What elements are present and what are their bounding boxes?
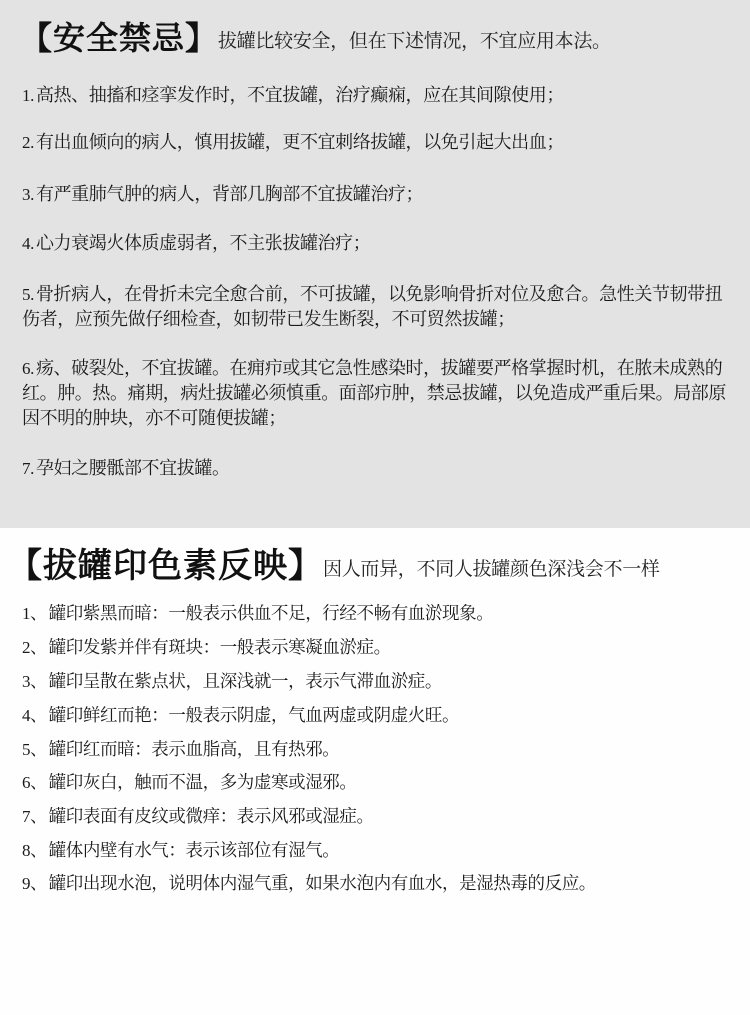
list-item: 6.疡、破裂处，不宜拔罐。在痈疖或其它急性感染时，拔罐要严格掌握时机，在脓未成熟… (22, 356, 737, 431)
item-text: 心力衰竭火体质虚弱者，不主张拔罐治疗； (36, 233, 370, 254)
list-item: 8、罐体内壁有水气：表示该部位有湿气。 (22, 839, 742, 863)
item-text: 高热、抽搐和痉挛发作时，不宜拔罐，治疗癫痫，应在其间隙使用； (36, 85, 564, 106)
list-item: 3、罐印呈散在紫点状，且深浅就一，表示气滞血淤症。 (22, 670, 742, 694)
item-number: 7. (22, 459, 34, 478)
item-text: 有严重肺气肿的病人，背部几胸部不宜拔罐治疗； (36, 184, 423, 205)
item-number: 3、 (22, 672, 47, 691)
list-item: 2.有出血倾向的病人，慎用拔罐，更不宜刺络拔罐，以免引起大出血； (22, 130, 737, 155)
list-item: 3.有严重肺气肿的病人，背部几胸部不宜拔罐治疗； (22, 182, 737, 207)
item-number: 3. (22, 185, 34, 204)
item-text: 罐印紫黑而暗：一般表示供血不足，行经不畅有血淤现象。 (49, 604, 494, 624)
section-title: 【拔罐印色素反映】 (8, 546, 323, 586)
safety-contraindications-section: 【安全禁忌】 拔罐比较安全，但在下述情况，不宜应用本法。 1.高热、抽搐和痉挛发… (0, 0, 750, 528)
list-item: 9、罐印出现水泡，说明体内湿气重，如果水泡内有血水，是湿热毒的反应。 (22, 872, 742, 896)
item-text: 罐印鲜红而艳：一般表示阴虚，气血两虚或阴虚火旺。 (49, 706, 459, 726)
item-number: 1. (22, 86, 34, 105)
item-text: 罐体内壁有水气：表示该部位有湿气。 (49, 841, 340, 861)
item-number: 2、 (22, 638, 47, 657)
item-number: 7、 (22, 807, 47, 826)
item-number: 5. (22, 285, 34, 304)
item-number: 9、 (22, 874, 47, 893)
item-text: 罐印发紫并伴有斑块：一般表示寒凝血淤症。 (49, 638, 391, 658)
item-text: 罐印呈散在紫点状，且深浅就一，表示气滞血淤症。 (49, 672, 442, 692)
list-item: 4、罐印鲜红而艳：一般表示阴虚，气血两虚或阴虚火旺。 (22, 704, 742, 728)
item-number: 5、 (22, 740, 47, 759)
list-item: 6、罐印灰白，触而不温，多为虚寒或湿邪。 (22, 771, 742, 795)
list-item: 1.高热、抽搐和痉挛发作时，不宜拔罐，治疗癫痫，应在其间隙使用； (22, 83, 737, 108)
item-text: 罐印表面有皮纹或微痒：表示风邪或湿症。 (49, 807, 374, 827)
item-text: 罐印出现水泡，说明体内湿气重，如果水泡内有血水，是湿热毒的反应。 (49, 874, 596, 894)
item-number: 1、 (22, 604, 47, 623)
item-number: 2. (22, 133, 34, 152)
section-subtitle: 拔罐比较安全，但在下述情况，不宜应用本法。 (218, 28, 611, 54)
item-text: 罐印红而暗：表示血脂高，且有热邪。 (49, 740, 340, 760)
list-item: 2、罐印发紫并伴有斑块：一般表示寒凝血淤症。 (22, 636, 742, 660)
list-item: 1、罐印紫黑而暗：一般表示供血不足，行经不畅有血淤现象。 (22, 602, 742, 626)
item-number: 4. (22, 234, 34, 253)
item-number: 6、 (22, 773, 47, 792)
list-item: 7.孕妇之腰骶部不宜拔罐。 (22, 456, 737, 481)
section-subtitle: 因人而异，不同人拔罐颜色深浅会不一样 (323, 556, 660, 582)
list-item: 5、罐印红而暗：表示血脂高，且有热邪。 (22, 738, 742, 762)
item-text: 疡、破裂处，不宜拔罐。在痈疖或其它急性感染时，拔罐要严格掌握时机，在脓未成熟的红… (22, 358, 726, 429)
cupping-color-reaction-section: 【拔罐印色素反映】 因人而异，不同人拔罐颜色深浅会不一样 1、罐印紫黑而暗：一般… (0, 528, 750, 1015)
section-heading: 【拔罐印色素反映】 因人而异，不同人拔罐颜色深浅会不一样 (8, 546, 660, 586)
item-text: 有出血倾向的病人，慎用拔罐，更不宜刺络拔罐，以免引起大出血； (36, 132, 564, 153)
item-number: 4、 (22, 706, 47, 725)
item-text: 孕妇之腰骶部不宜拔罐。 (36, 458, 230, 479)
item-text: 罐印灰白，触而不温，多为虚寒或湿邪。 (49, 773, 357, 793)
list-item: 4.心力衰竭火体质虚弱者，不主张拔罐治疗； (22, 231, 737, 256)
section-title: 【安全禁忌】 (20, 18, 218, 58)
item-text: 骨折病人，在骨折未完全愈合前，不可拔罐，以免影响骨折对位及愈合。急性关节韧带扭伤… (22, 284, 722, 330)
list-item: 7、罐印表面有皮纹或微痒：表示风邪或湿症。 (22, 805, 742, 829)
section-heading: 【安全禁忌】 拔罐比较安全，但在下述情况，不宜应用本法。 (20, 18, 611, 58)
list-item: 5.骨折病人，在骨折未完全愈合前，不可拔罐，以免影响骨折对位及愈合。急性关节韧带… (22, 282, 737, 332)
item-number: 8、 (22, 841, 47, 860)
item-number: 6. (22, 359, 34, 378)
